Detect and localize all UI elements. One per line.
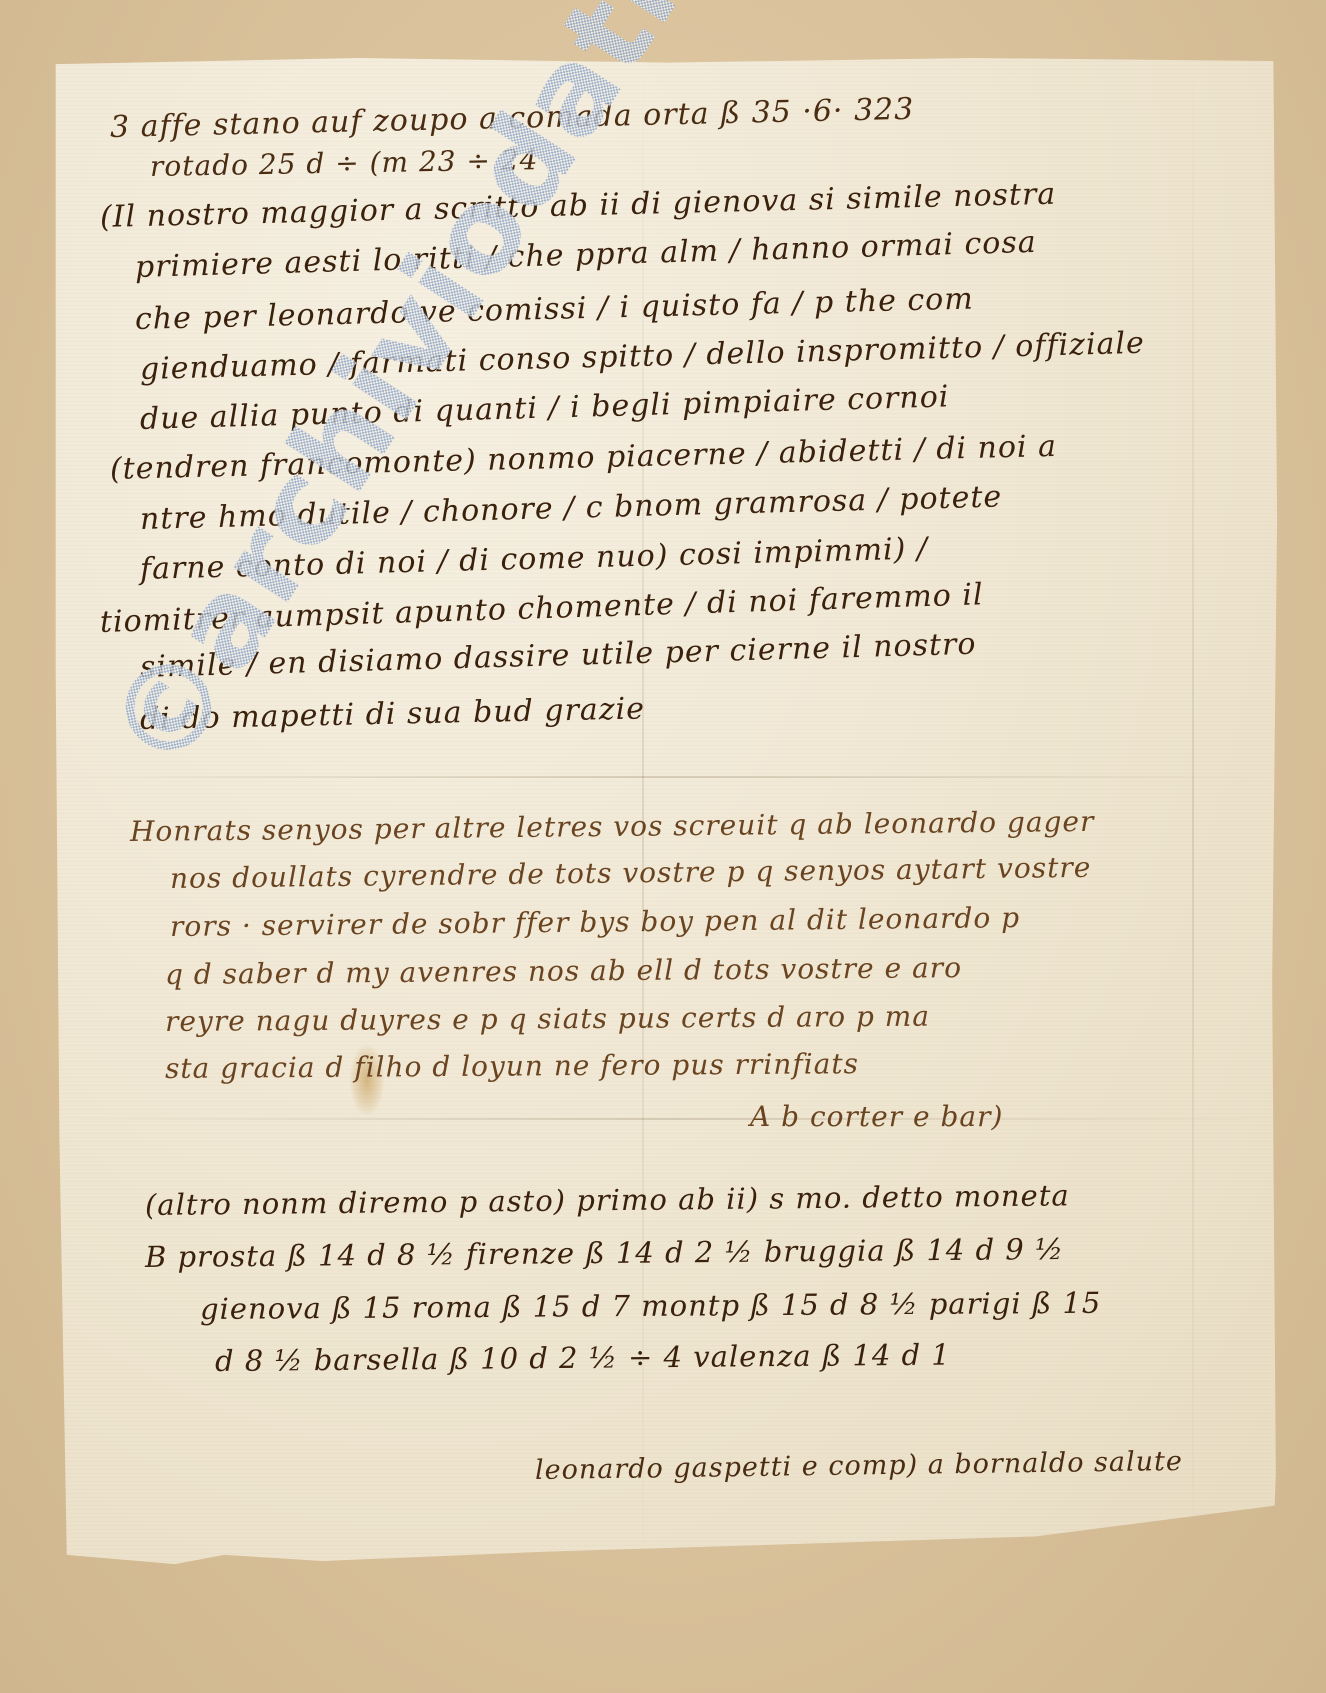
manuscript-line: d 8 ½ barsella ß 10 d 2 ½ ÷ 4 valenza ß …: [215, 1338, 951, 1378]
manuscript-line: sta gracia d filho d loyun ne fero pus r…: [165, 1047, 859, 1085]
fold-crease: [1192, 58, 1194, 1598]
manuscript-line: reyre nagu duyres e p q siats pus certs …: [165, 1000, 930, 1038]
fold-crease: [52, 776, 1282, 778]
manuscript-line: A b corter e bar): [750, 1100, 1003, 1133]
manuscript-line: rotado 25 d ÷ (m 23 ÷ 24: [150, 143, 539, 183]
fold-crease: [52, 1118, 1282, 1120]
manuscript-line: gienova ß 15 roma ß 15 d 7 montp ß 15 d …: [200, 1286, 1102, 1326]
manuscript-line: q d saber d my avenres nos ab ell d tots…: [165, 951, 962, 991]
